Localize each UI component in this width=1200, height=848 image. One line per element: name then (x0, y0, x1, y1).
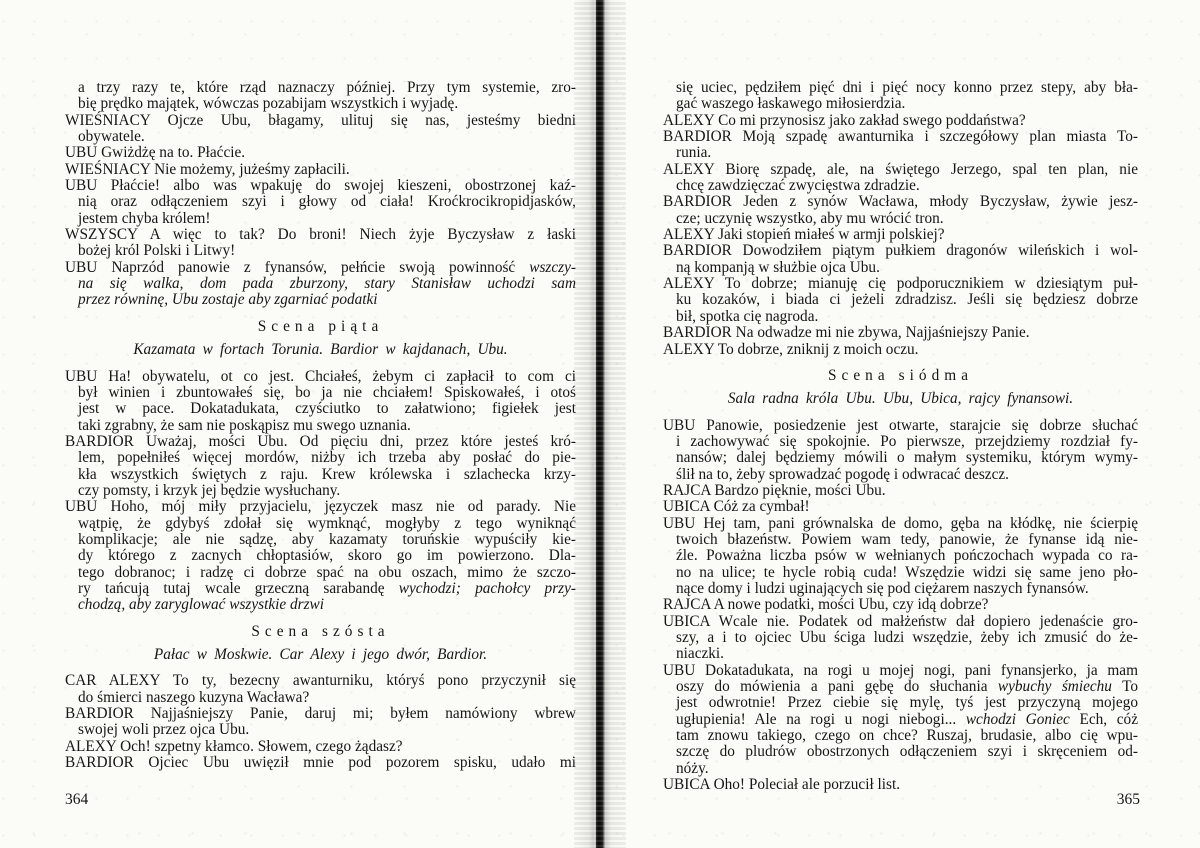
speech-block: RAJCA Bardzo pięknie, mości Ubu. (663, 483, 1138, 499)
speech-block: się uciec, pędziłem pięć dni i pięć nocy… (663, 80, 1138, 113)
text-line: ALEXY Biorę szpadę, ale, na świętego Jer… (663, 162, 1138, 178)
text-line: nące domy i ludzi uginających się pod ci… (663, 581, 1138, 597)
speech-block: BARDIOR Najjaśniejszy Panie, daruj mi; b… (65, 706, 576, 739)
speech-block: ALEXY Jaki stopień miałeś w armji polski… (663, 227, 1138, 243)
text-line: ALEXY Och! szpetny kłamco. Słowem, czego… (65, 739, 576, 755)
text-line: się uciec, pędziłem pięć dni i pięć nocy… (663, 80, 1138, 96)
speech-block: a trzy razy te, które rząd naznaczy późn… (65, 80, 576, 113)
page-left-text: a trzy razy te, które rząd naznaczy późn… (65, 80, 576, 771)
text-line: UBU Panowie, posiedzenie jest otwarte, s… (663, 418, 1138, 434)
text-line: chodzą, aby zaryglować wszystkie drzwi (65, 597, 576, 613)
text-line: bożej król Polski i Litwy! (65, 243, 576, 259)
text-line: ną kompanją w służbie ojca Ubu. (663, 260, 1138, 276)
speech-block: BARDIOR Moją szpadę awanturnika i szczeg… (663, 129, 1138, 162)
text-line: Scena siódma (663, 368, 1138, 384)
speech-block: ALEXY Co mi przynosisz jako zakład swego… (663, 113, 1138, 129)
speech-block: BARDIOR Na odwadze mi nie zbywa, Najjaśn… (663, 325, 1138, 341)
text-line: UBICA Wcale nie. Podatek od małżeństw da… (663, 614, 1138, 630)
text-line: UBU Hoho, mój miły przyjacielu, języczek… (65, 499, 576, 515)
speech-block: BARDIOR Dowodziłem piątym pułkiem dragon… (663, 243, 1138, 276)
text-line: UBU Naprzód panowie z fynansów, pełńcie … (65, 260, 576, 276)
text-line: niaczki. (663, 646, 1138, 662)
text-line: lem, popełniłeś więcej mordów, niżby ich… (65, 450, 576, 466)
scene-heading: Scena siódma (663, 368, 1138, 384)
text-line: czy pomsty, i krzyk jej będzie wysłuchan… (65, 483, 576, 499)
text-line: ku kozaków, i biada ci jeżeli zdradzisz.… (663, 292, 1138, 308)
text-line: UBU Dokatadukata, na rogi u mojej nogi, … (663, 663, 1138, 679)
text-line: runia. (663, 145, 1138, 161)
text-line: swojej woli przez ojca Ubu. (65, 722, 576, 738)
text-line: jestem chyba królem! (65, 211, 576, 227)
text-line: RAJCA Bardzo pięknie, mości Ubu. (663, 483, 1138, 499)
text-line: WIEŚNIACY Nie możemy, jużeśmy zapłacili. (65, 162, 576, 178)
speech-block: UBU Gwiżdżę na to. Płaćcie. (65, 145, 576, 161)
speech-block: RAJCA A nowe podatki, mości Ubu, czy idą… (663, 597, 1138, 613)
text-line: bię prędko majątek, wówczas pozabijam ws… (65, 96, 576, 112)
text-line: Sala radna króla Ubu. Ubu, Ubica, rajcy … (663, 391, 1138, 407)
speech-block: UBU Panowie, posiedzenie jest otwarte, s… (663, 418, 1138, 483)
speech-block: UBU Hoho, mój miły przyjacielu, języczek… (65, 499, 576, 613)
text-line: tam znowu takiego, czego on chce? Ruszaj… (663, 728, 1138, 744)
text-line: BARDIOR Uważaj, mości Ubu. Od pięciu dni… (65, 434, 576, 450)
text-line: obywatele. (65, 129, 576, 145)
speech-block: ALEXY Biorę szpadę, ale, na świętego Jer… (663, 162, 1138, 195)
text-line: był winien i zbuntowałeś się, bo ja nie … (65, 385, 576, 401)
text-line: chcę zawdzięczać zwycięstwa zdradzie. (663, 178, 1138, 194)
text-line: ALEXY To dobrze; mianuję cię podporuczni… (663, 276, 1138, 292)
text-line: komplikacje; ale nie sądzę, aby kazamaty… (65, 532, 576, 548)
text-line: szy, a i to ojciec Ubu ściga ludzi wszęd… (663, 630, 1138, 646)
text-line: BARDIOR Ojciec Ubu uwięził mnie pod pozo… (65, 755, 576, 771)
speech-block: WIEŚNIACY Ojcze Ubu, błagamy, ulituj się… (65, 113, 576, 146)
speech-block: CAR ALEXY To ty, bezecny awanturniku, kt… (65, 673, 576, 706)
speech-block: WIEŚNIACY Nie możemy, jużeśmy zapłacili. (65, 162, 576, 178)
speech-block: ALEXY Och! szpetny kłamco. Słowem, czego… (65, 739, 576, 755)
text-line: Scena szósta (65, 624, 576, 640)
speech-block: BARDIOR Jeden z synów Wacława, młody Byc… (663, 194, 1138, 227)
page-number-left: 364 (65, 791, 88, 809)
text-line: ry tańcują tutaj wcale grzeczną saraband… (65, 581, 576, 597)
scene-heading: Scena szósta (65, 624, 576, 640)
speech-block: UBU Hej tam, pani grównalska de domo, gę… (663, 516, 1138, 598)
text-line: do śmierci naszego kuzyna Wacława? (65, 690, 576, 706)
speech-block: UBICA Wcale nie. Podatek od małżeństw da… (663, 614, 1138, 663)
text-line: UBU Gwiżdżę na to. Płaćcie. (65, 145, 576, 161)
text-line: jest odwrotnie! Przez ciebie się mylę, t… (663, 695, 1138, 711)
text-line: WSZYSCY A więc to tak? Do broni! Niech ż… (65, 227, 576, 243)
speech-block: UBU Płaćcie! albo was wpakuję do swojej … (65, 178, 576, 227)
text-line: BARDIOR Najjaśniejszy Panie, daruj mi; b… (65, 706, 576, 722)
text-line: CAR ALEXY To ty, bezecny awanturniku, kt… (65, 673, 576, 689)
speech-block: UBU Dokatadukata, na rogi u mojej nogi, … (663, 663, 1138, 777)
text-line: i zachowywać się spokojnie. Po pierwsze,… (663, 434, 1138, 450)
book-scan: { "pages": [ { "number": "364", "blocks"… (0, 0, 1200, 848)
text-line: BARDIOR Jeden z synów Wacława, młody Byc… (663, 194, 1138, 210)
text-line: Scena piąta (65, 319, 576, 335)
text-line: ALEXY To dobrze, zniknij z moich oczu. (663, 342, 1138, 358)
stage-direction: Kazamata w fortach Torunia. Bardior w ka… (65, 342, 576, 358)
text-line: ALEXY Jaki stopień miałeś w armji polski… (663, 227, 1138, 243)
speech-block: ALEXY To dobrze, zniknij z moich oczu. (663, 342, 1138, 358)
text-line: a trzy razy te, które rząd naznaczy późn… (65, 80, 576, 96)
text-line: taki zgrabny, że sam nie poskąpisz mu sw… (65, 418, 576, 434)
text-line: ślił na to, żeby sprowadzać pogodę i odw… (663, 467, 1138, 483)
text-line: przez równinę, Ubu zostaje aby zgarniać … (65, 292, 576, 308)
text-line: cze; uczynię wszystko, aby mu wrócić tro… (663, 211, 1138, 227)
stage-direction: Pałac w Moskwie. Car Alexy i jego dwór, … (65, 647, 576, 663)
speech-block: BARDIOR Ojciec Ubu uwięził mnie pod pozo… (65, 755, 576, 771)
page-number-right: 365 (663, 791, 1140, 809)
speech-block: UBU Ha! obywatelu, ot co jest. Chciałeś,… (65, 369, 576, 434)
stage-direction: Sala radna króla Ubu. Ubu, Ubica, rajcy … (663, 391, 1138, 407)
text-line: RAJCA A nowe podatki, mości Ubu, czy idą… (663, 597, 1138, 613)
speech-block: WSZYSCY A więc to tak? Do broni! Niech ż… (65, 227, 576, 260)
text-line: dy którego z zacnych chłoptasiów, skoro … (65, 548, 576, 564)
text-line: jest w pace. Dokatadukata, czyściutko to… (65, 401, 576, 417)
text-line: gać waszego łaskawego miłosierdzia. (663, 96, 1138, 112)
text-line: UBU Hej tam, pani grównalska de domo, gę… (663, 516, 1138, 532)
text-line: tego dobranoc; i radzę ci dobrze spać na… (65, 565, 576, 581)
text-line: nansów; dalej będziemy mówili o małym sy… (663, 450, 1138, 466)
text-line: Pałac w Moskwie. Car Alexy i jego dwór, … (65, 647, 576, 663)
book-gutter (574, 0, 626, 848)
text-line: BARDIOR Dowodziłem piątym pułkiem dragon… (663, 243, 1138, 259)
speech-block: UBU Naprzód panowie z fynansów, pełńcie … (65, 260, 576, 309)
scene-heading: Scena piąta (65, 319, 576, 335)
speech-block: BARDIOR Uważaj, mości Ubu. Od pięciu dni… (65, 434, 576, 499)
text-line: UBICA Cóż za cymbał! (663, 499, 1138, 515)
text-line: ALEXY Co mi przynosisz jako zakład swego… (663, 113, 1138, 129)
page-right-text: się uciec, pędziłem pięć dni i pięć nocy… (663, 80, 1138, 793)
text-line: oszy do mówienia a pani gębę do słuchani… (663, 679, 1138, 695)
text-line: wątpię, że gdybyś zdołał się wymknąć, mo… (65, 516, 576, 532)
text-line: nóży. (663, 761, 1138, 777)
text-line: UBU Ha! obywatelu, ot co jest. Chciałeś,… (65, 369, 576, 385)
text-line: ugłupienia! Ale na rogi u nogi niebogi..… (663, 712, 1138, 728)
text-line: BARDIOR Moją szpadę awanturnika i szczeg… (663, 129, 1138, 145)
text-line: kła wszystkich świętych z raju. Krew kró… (65, 467, 576, 483)
text-line: nią oraz odłączeniem szyi i głowy od cia… (65, 194, 576, 210)
text-line: bił, spotka cię nagroda. (663, 309, 1138, 325)
text-line: UBU Płaćcie! albo was wpakuję do swojej … (65, 178, 576, 194)
text-line: szczę do pludrów obostrzonych odłączenie… (663, 744, 1138, 760)
text-line: twoich błazeństw. Powiem wam tedy, panow… (663, 532, 1138, 548)
text-line: no na ulice; te hycle robią cuda! Wszędz… (663, 565, 1138, 581)
text-line: na się walka, dom pada zburzony, stary S… (65, 276, 576, 292)
text-line: BARDIOR Na odwadze mi nie zbywa, Najjaśn… (663, 325, 1138, 341)
text-line: Kazamata w fortach Torunia. Bardior w ka… (65, 342, 576, 358)
speech-block: UBICA Cóż za cymbał! (663, 499, 1138, 515)
text-line: WIEŚNIACY Ojcze Ubu, błagamy, ulituj się… (65, 113, 576, 129)
text-line: źle. Poważna liczba psów w wełnianych po… (663, 548, 1138, 564)
speech-block: ALEXY To dobrze; mianuję cię podporuczni… (663, 276, 1138, 325)
